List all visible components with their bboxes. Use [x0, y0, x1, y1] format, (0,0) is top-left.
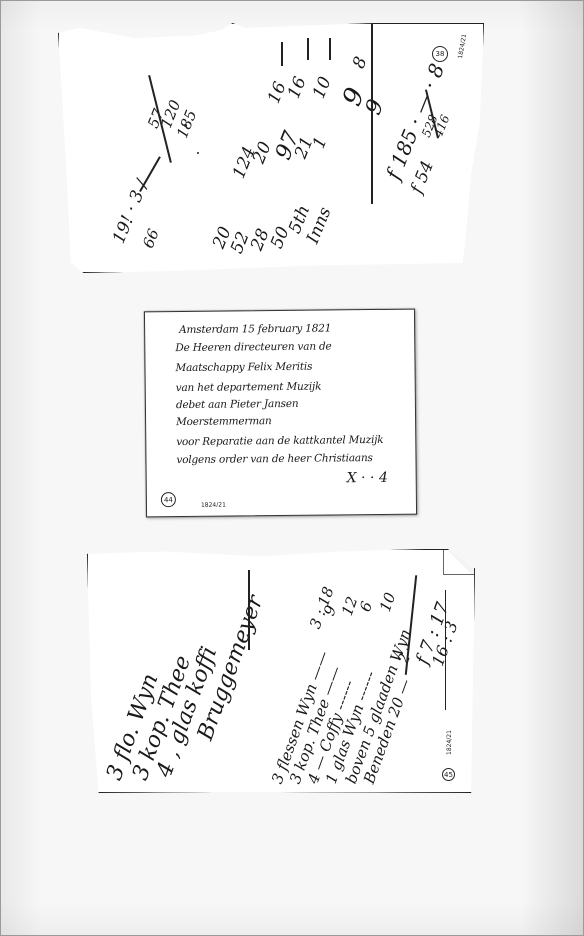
ledger-end-mark: 8: [349, 54, 372, 72]
receipt-amount-5: 10: [376, 590, 399, 614]
archive-stamp: 45: [442, 768, 455, 781]
letter-line-2: De Heeren directeuren van de: [175, 340, 331, 354]
margin-rule: [445, 590, 446, 710]
scanned-page: 19! · 3 / 66 57 120 185 20 52 28 50 5th …: [0, 0, 584, 936]
archive-number: 1824/21: [457, 33, 468, 59]
letter-slip: Amsterdam 15 february 1821 De Heeren dir…: [144, 309, 417, 518]
stamp-number: 45: [444, 771, 453, 779]
ledger-dash-1: [281, 42, 283, 66]
left-calc-line2: 66: [139, 226, 163, 250]
ink-speck: [184, 124, 187, 127]
signature-mark: X · · 4: [347, 470, 388, 486]
stamp-number: 44: [164, 496, 173, 504]
letter-line-6: Moerstemmerman: [176, 415, 272, 428]
stamp-number: 38: [436, 50, 445, 58]
folded-corner: [443, 550, 474, 575]
letter-line-4: van het departement Muzijk: [176, 381, 322, 395]
ledger-divider: [371, 24, 373, 204]
ledger-dash-3: [329, 38, 331, 60]
letter-line-7: voor Reparatie aan de kattkantel Muzijk: [176, 434, 383, 448]
archive-stamp: 38: [432, 46, 448, 62]
archive-number: 1824/21: [201, 502, 226, 509]
ledger-cents-5: 9: [361, 96, 389, 118]
letter-line-8: volgens order van de heer Christiaans: [176, 452, 372, 466]
letter-line-1: Amsterdam 15 february 1821: [179, 322, 331, 336]
ledger-cents-3: 10: [309, 74, 336, 102]
ledger-subtotal: f 54: [407, 158, 438, 196]
underline-rule: [248, 570, 250, 650]
letter-line-5: debet aan Pieter Jansen: [176, 398, 299, 411]
ink-speck: [197, 152, 199, 154]
letter-line-3: Maatschappy Felix Meritis: [175, 361, 312, 374]
ledger-slip: 19! · 3 / 66 57 120 185 20 52 28 50 5th …: [58, 23, 484, 273]
archive-stamp: 44: [161, 492, 176, 507]
ledger-dash-2: [307, 38, 309, 60]
ledger-cents-2: 16: [284, 74, 311, 102]
archive-number: 1824/21: [446, 730, 453, 755]
bill-slip: 3 flo. Wyn 3 kop. Thee 4 , glas koffi Br…: [87, 549, 475, 793]
receipt-amount-4: 6: [356, 599, 376, 614]
